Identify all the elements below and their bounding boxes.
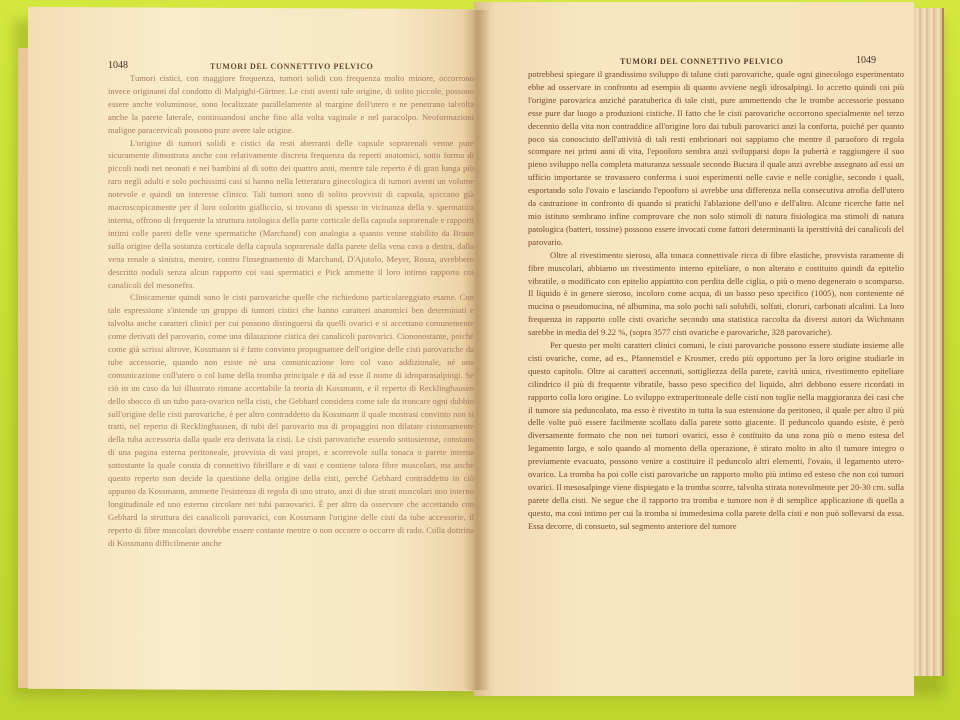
- right-paragraph-3: Per questo per molti caratteri clinici c…: [528, 339, 904, 533]
- right-paragraph-2: Oltre al rivestimento sieroso, alla tona…: [528, 249, 904, 339]
- right-paragraph-1: potrebbesi spiegare il grandissimo svilu…: [528, 68, 904, 249]
- left-page-body: Tumori cistici, con maggiore frequenza, …: [108, 72, 474, 550]
- right-running-head: TUMORI DEL CONNETTIVO PELVICO: [620, 57, 783, 66]
- right-page-body: potrebbesi spiegare il grandissimo svilu…: [528, 68, 904, 533]
- left-paragraph-3: Clinicamente quindi sono le cisti parova…: [108, 291, 474, 549]
- left-page-number: 1048: [108, 60, 128, 71]
- left-paragraph-1: Tumori cistici, con maggiore frequenza, …: [108, 72, 474, 137]
- right-page-number: 1049: [856, 55, 876, 66]
- left-paragraph-2: L'origine di tumori solidi e cistici da …: [108, 137, 474, 292]
- left-running-head: TUMORI DEL CONNETTIVO PELVICO: [210, 62, 373, 71]
